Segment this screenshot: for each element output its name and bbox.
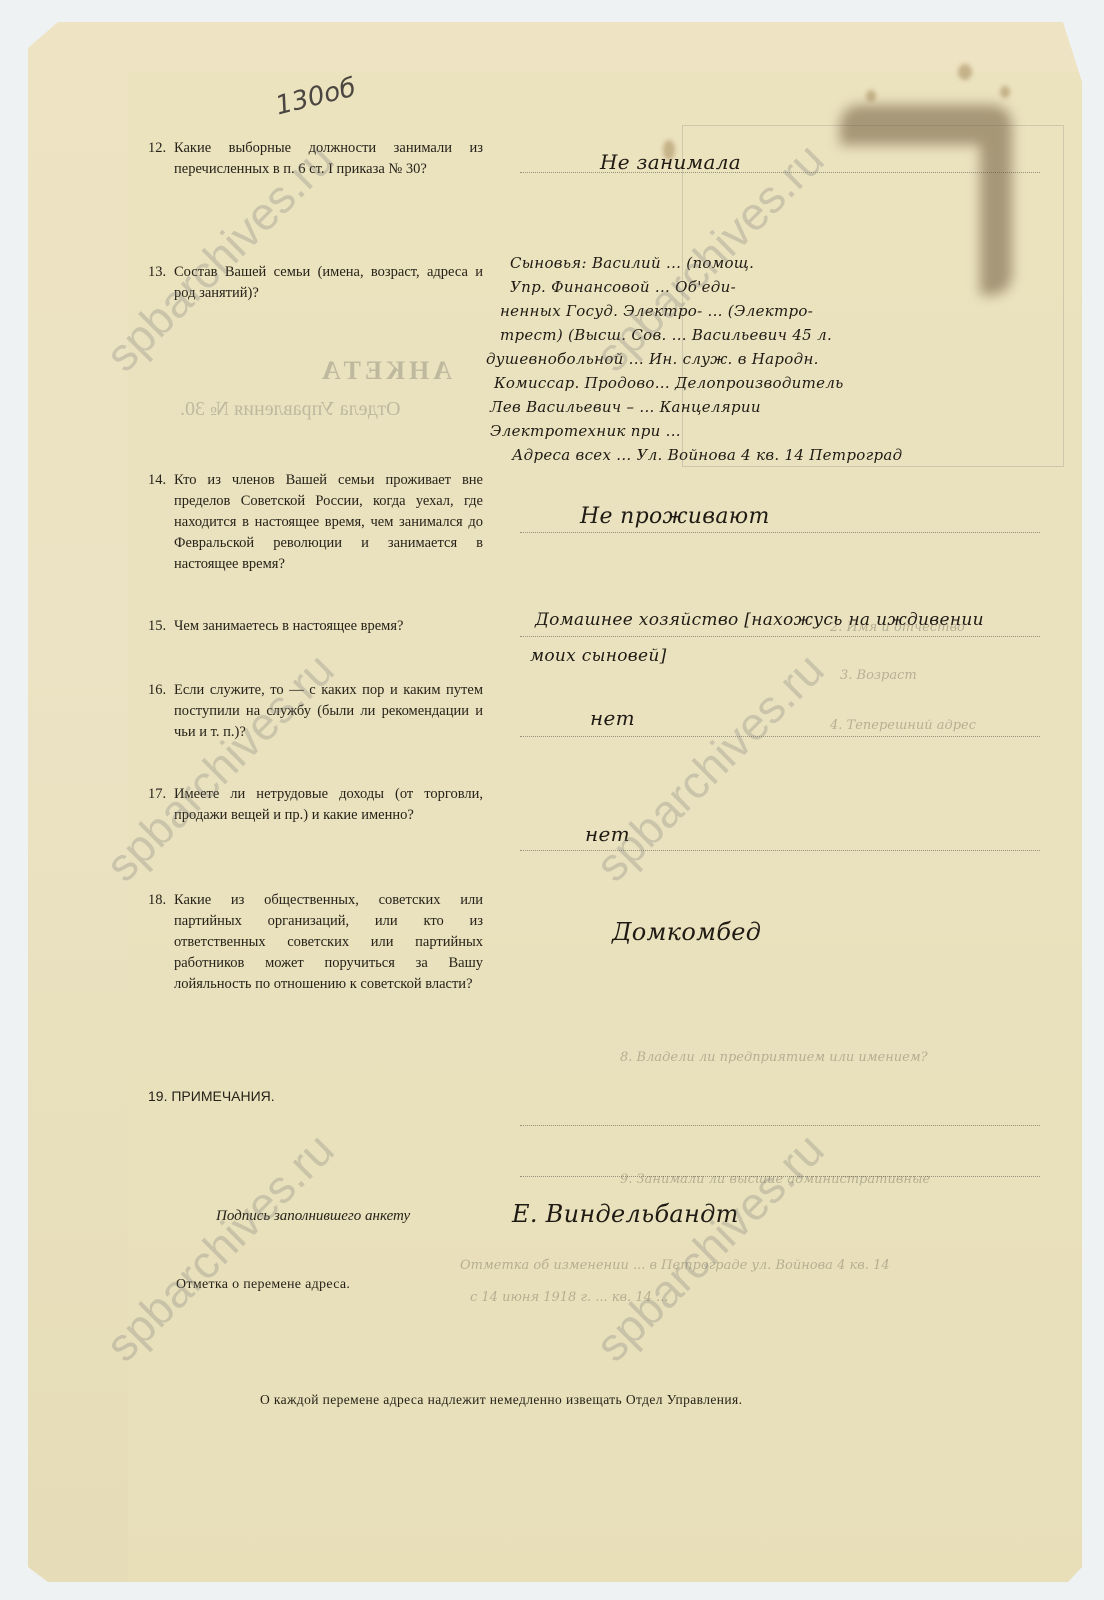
stain-spot (866, 90, 876, 102)
answer-18: Домкомбед (612, 918, 761, 946)
answer-17: нет (585, 822, 630, 846)
question-17: 17. Имеете ли нетрудовые доходы (от торг… (148, 784, 483, 826)
stain-spot (958, 64, 972, 80)
question-12: 12. Какие выборные должности занимали из… (148, 138, 483, 180)
answer-16: нет (590, 706, 635, 730)
bleed-through-text: 8. Владели ли предприятием или имением? (620, 1050, 928, 1065)
bleed-through-text: 3. Возраст (840, 668, 917, 683)
bleed-through-title: АНКЕТА (318, 356, 452, 386)
answer-line (520, 172, 1040, 173)
question-14: 14. Кто из членов Вашей семьи проживает … (148, 470, 483, 575)
faint-address-note: Отметка об изменении ... в Петрограде ул… (460, 1258, 890, 1273)
stain-mark (840, 105, 1012, 295)
stain-spot (1000, 86, 1010, 98)
answer-14: Не проживают (580, 504, 770, 529)
answer-12: Не занимала (600, 150, 741, 174)
remarks-label: 19. ПРИМЕЧАНИЯ. (148, 1088, 275, 1104)
bleed-through-text: 4. Теперешний адрес (830, 718, 976, 733)
faint-address-note: с 14 июня 1918 г. ... кв. 14 ... (470, 1290, 668, 1305)
signature: Е. Виндельбандт (512, 1200, 739, 1228)
answer-line (520, 850, 1040, 851)
bleed-through-text: 2. Имя и отчество (830, 620, 965, 635)
answer-line (520, 736, 1040, 737)
answer-line (520, 1176, 1040, 1177)
bleed-through-text: 9. Занимали ли высшие административные (620, 1172, 930, 1187)
bleed-through-subtitle: Отдела Управления № 30. (180, 398, 401, 421)
answer-15-line2: моих сыновей] (530, 646, 667, 666)
answer-line (520, 1125, 1040, 1126)
answer-line (520, 636, 1040, 637)
question-15: 15. Чем занимаетесь в настоящее время? (148, 616, 483, 637)
address-change-label: Отметка о перемене адреса. (176, 1277, 350, 1293)
footer-notice: О каждой перемене адреса надлежит немедл… (260, 1392, 742, 1408)
question-13: 13. Состав Вашей семьи (имена, возраст, … (148, 262, 483, 304)
answer-line (520, 532, 1040, 533)
question-18: 18. Какие из общественных, советских или… (148, 890, 483, 995)
signature-label: Подпись заполнившего анкету (216, 1208, 410, 1225)
question-16: 16. Если служите, то — с каких пор и как… (148, 680, 483, 743)
